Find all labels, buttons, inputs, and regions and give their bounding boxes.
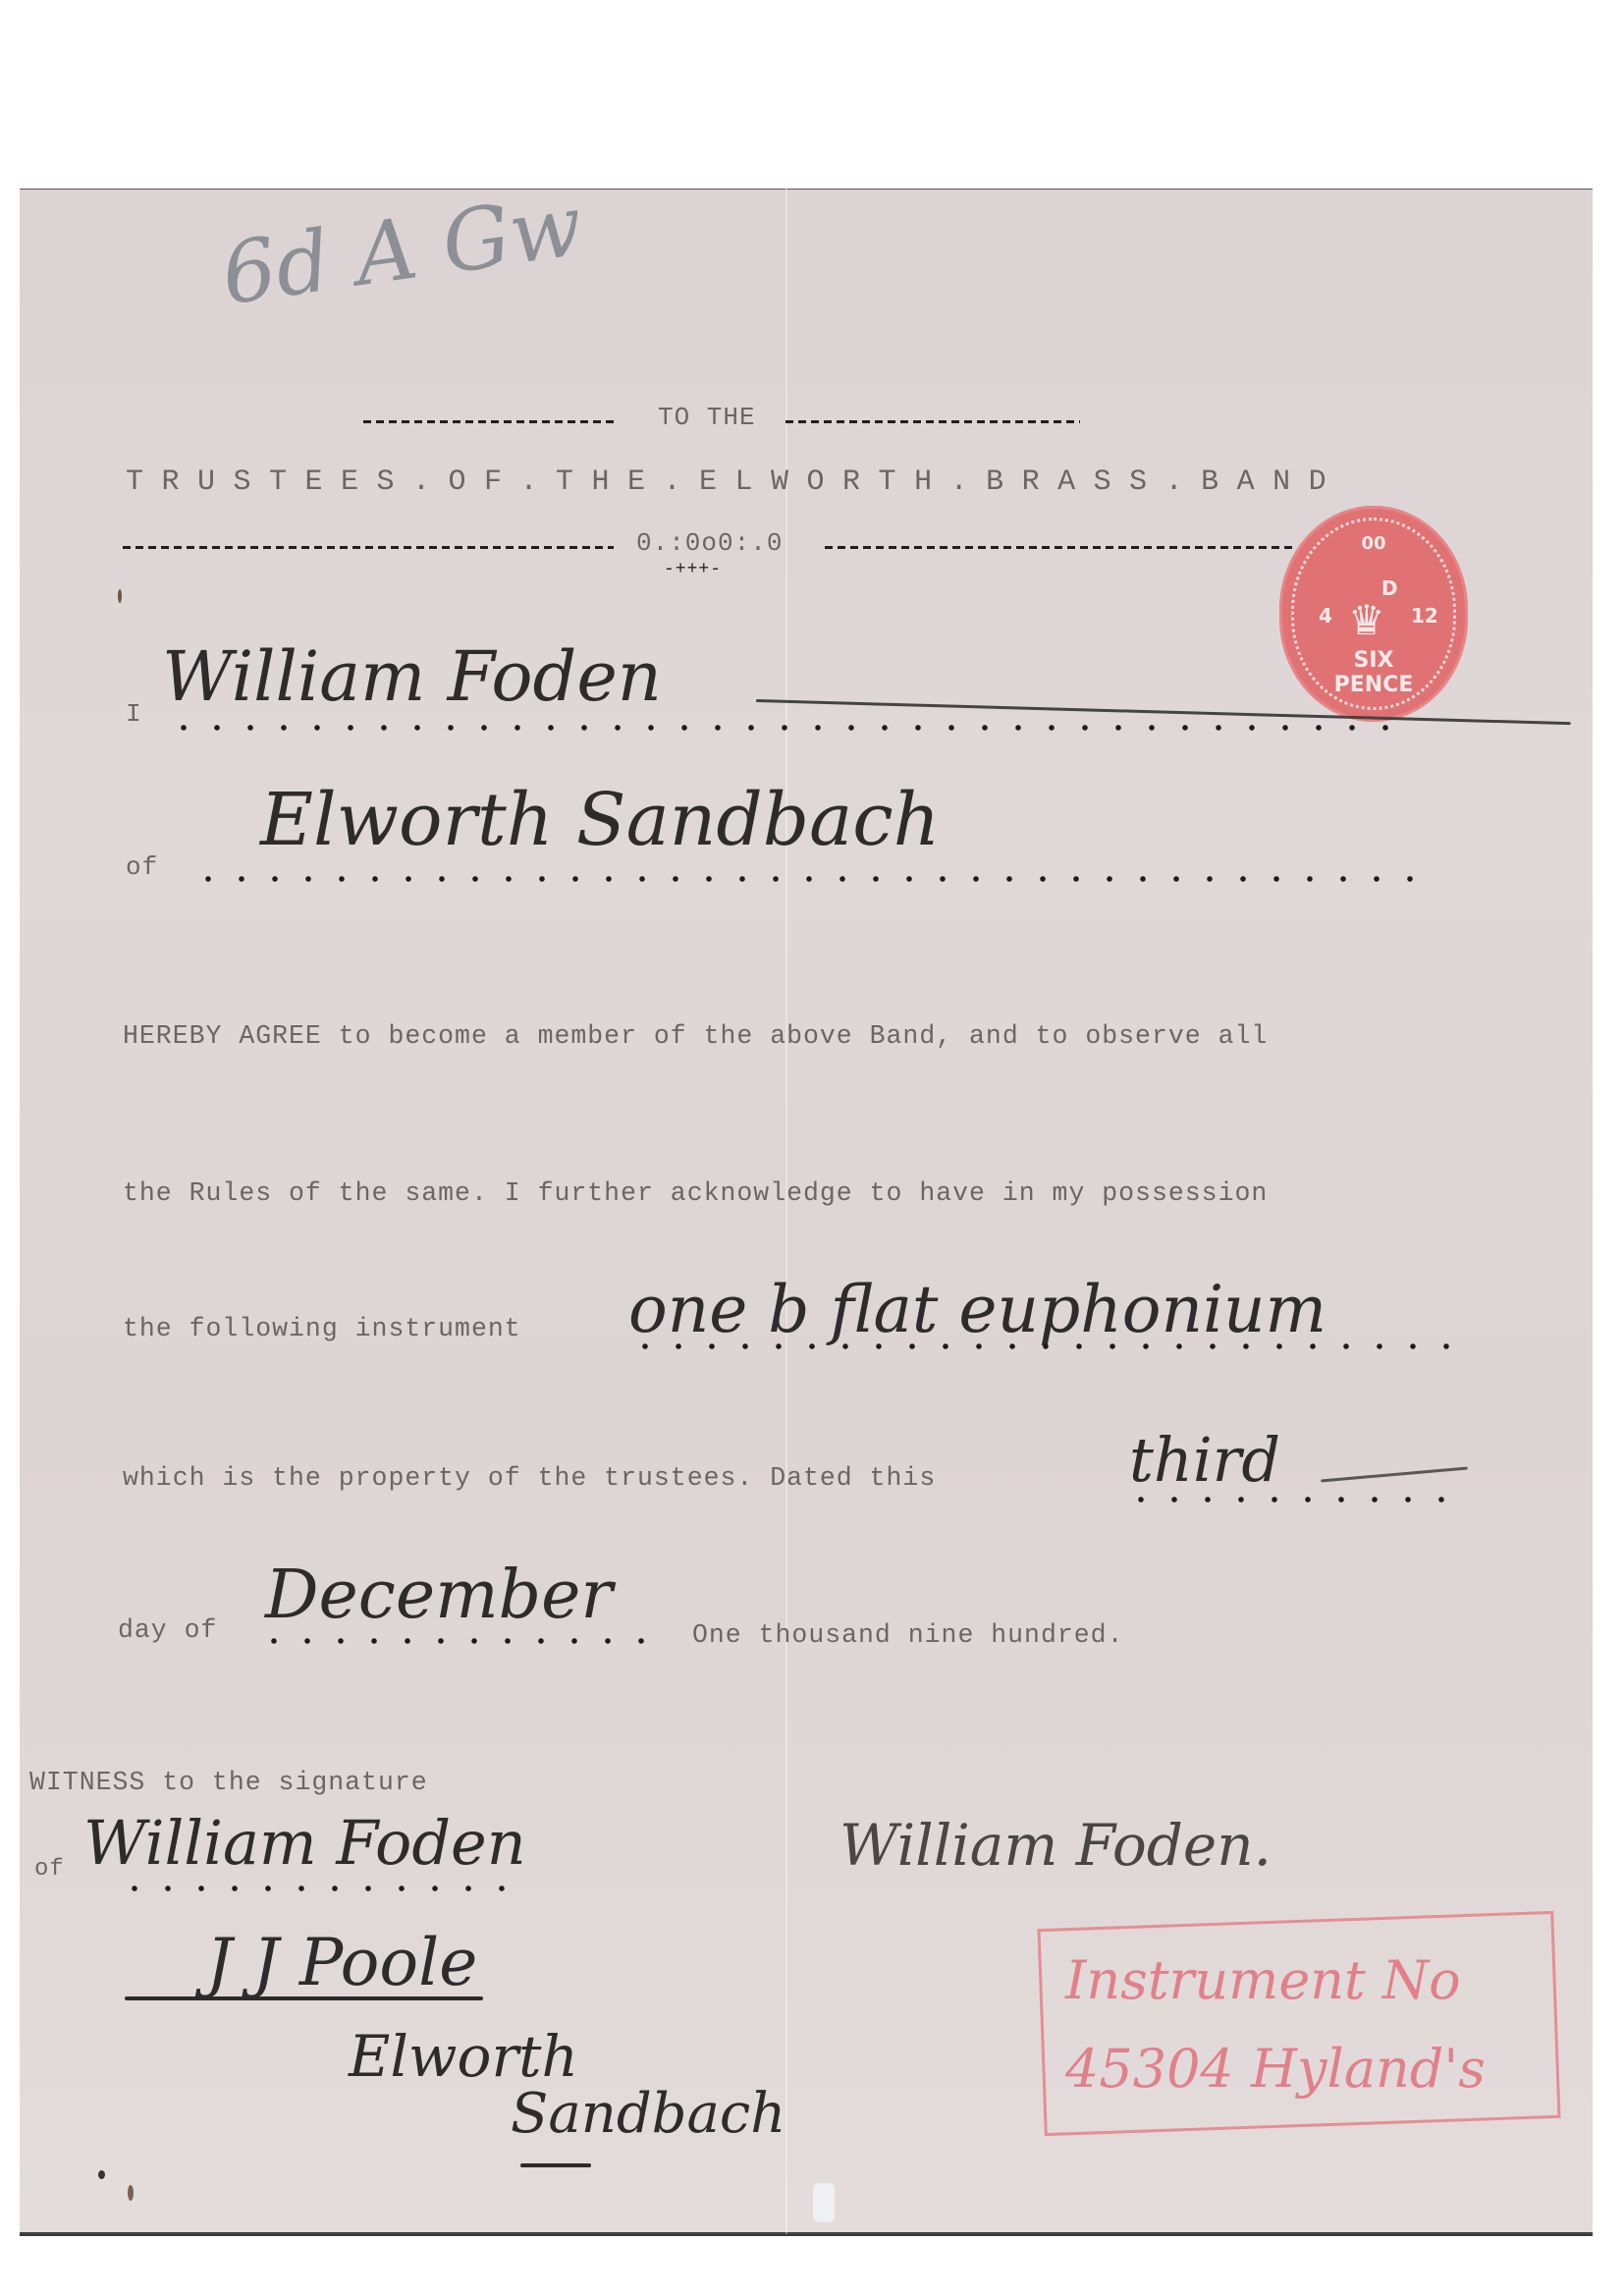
stamp-line2: PENCE bbox=[1279, 673, 1468, 697]
six-pence-stamp: 00 D 4 12 ♛ SIX PENCE bbox=[1279, 506, 1468, 722]
paper-speck bbox=[128, 2185, 134, 2201]
name-dotted-line bbox=[167, 725, 1414, 731]
month-dotted-line bbox=[257, 1638, 650, 1644]
instrument-dotted-line bbox=[628, 1343, 1458, 1349]
witness-signature: J J Poole bbox=[206, 1925, 477, 2000]
paper-tear bbox=[813, 2183, 835, 2222]
heading-dash-right bbox=[785, 420, 1080, 423]
witness-label: WITNESS to the signature bbox=[29, 1768, 428, 1797]
heading-ornament: 0.:0o0:.0 bbox=[636, 528, 783, 558]
paper-speck bbox=[98, 2170, 105, 2179]
heading-trustees: TRUSTEES.OF.THE.ELWORTH.BRASS.BAND bbox=[126, 465, 1344, 499]
stamp-top-text: 00 bbox=[1279, 533, 1468, 554]
witness-county-underline bbox=[520, 2163, 591, 2167]
paper-speck bbox=[118, 589, 122, 603]
stamp-line1: SIX bbox=[1279, 648, 1468, 673]
heading-dash-left bbox=[363, 420, 619, 423]
witness-signature-underline bbox=[125, 1996, 483, 2000]
of-label: of bbox=[126, 852, 158, 882]
member-signature: William Foden. bbox=[839, 1812, 1272, 1879]
witness-town: Elworth bbox=[349, 2023, 578, 2090]
address-dotted-line bbox=[191, 876, 1434, 882]
member-name: William Foden bbox=[162, 636, 662, 717]
year-text: One thousand nine hundred. bbox=[692, 1620, 1123, 1650]
heading-ornament-small: -+++- bbox=[664, 560, 722, 579]
day-value: third bbox=[1129, 1424, 1280, 1496]
agree-text: HEREBY AGREE to become a member of the a… bbox=[123, 1021, 1268, 1051]
day-of-label: day of bbox=[118, 1615, 217, 1645]
witness-of-name: William Foden bbox=[83, 1807, 526, 1879]
i-label: I bbox=[126, 699, 142, 729]
annotation-line1: Instrument No bbox=[1065, 1949, 1461, 2011]
stamp-right-number: 12 bbox=[1411, 604, 1438, 628]
annotation-line2: 45304 Hyland's bbox=[1065, 2038, 1486, 2100]
day-dotted-line bbox=[1124, 1497, 1458, 1503]
instrument-annotation-box bbox=[1037, 1911, 1560, 2136]
witness-of-label: of bbox=[34, 1856, 65, 1883]
crown-icon: ♛ bbox=[1348, 596, 1385, 644]
ornament-dash-left bbox=[123, 546, 614, 549]
witness-dotted-line bbox=[118, 1886, 530, 1891]
rules-text: the Rules of the same. I further acknowl… bbox=[123, 1178, 1268, 1208]
ornament-dash-right bbox=[825, 546, 1296, 549]
property-text: which is the property of the trustees. D… bbox=[123, 1463, 936, 1493]
witness-county: Sandbach bbox=[511, 2082, 785, 2146]
instrument-value: one b flat euphonium bbox=[628, 1272, 1326, 1347]
instrument-label: the following instrument bbox=[123, 1314, 521, 1343]
heading-to-the: TO THE bbox=[658, 403, 756, 432]
stamp-left-number: 4 bbox=[1319, 604, 1332, 628]
month-value: December bbox=[265, 1557, 613, 1634]
member-address: Elworth Sandbach bbox=[260, 778, 940, 862]
